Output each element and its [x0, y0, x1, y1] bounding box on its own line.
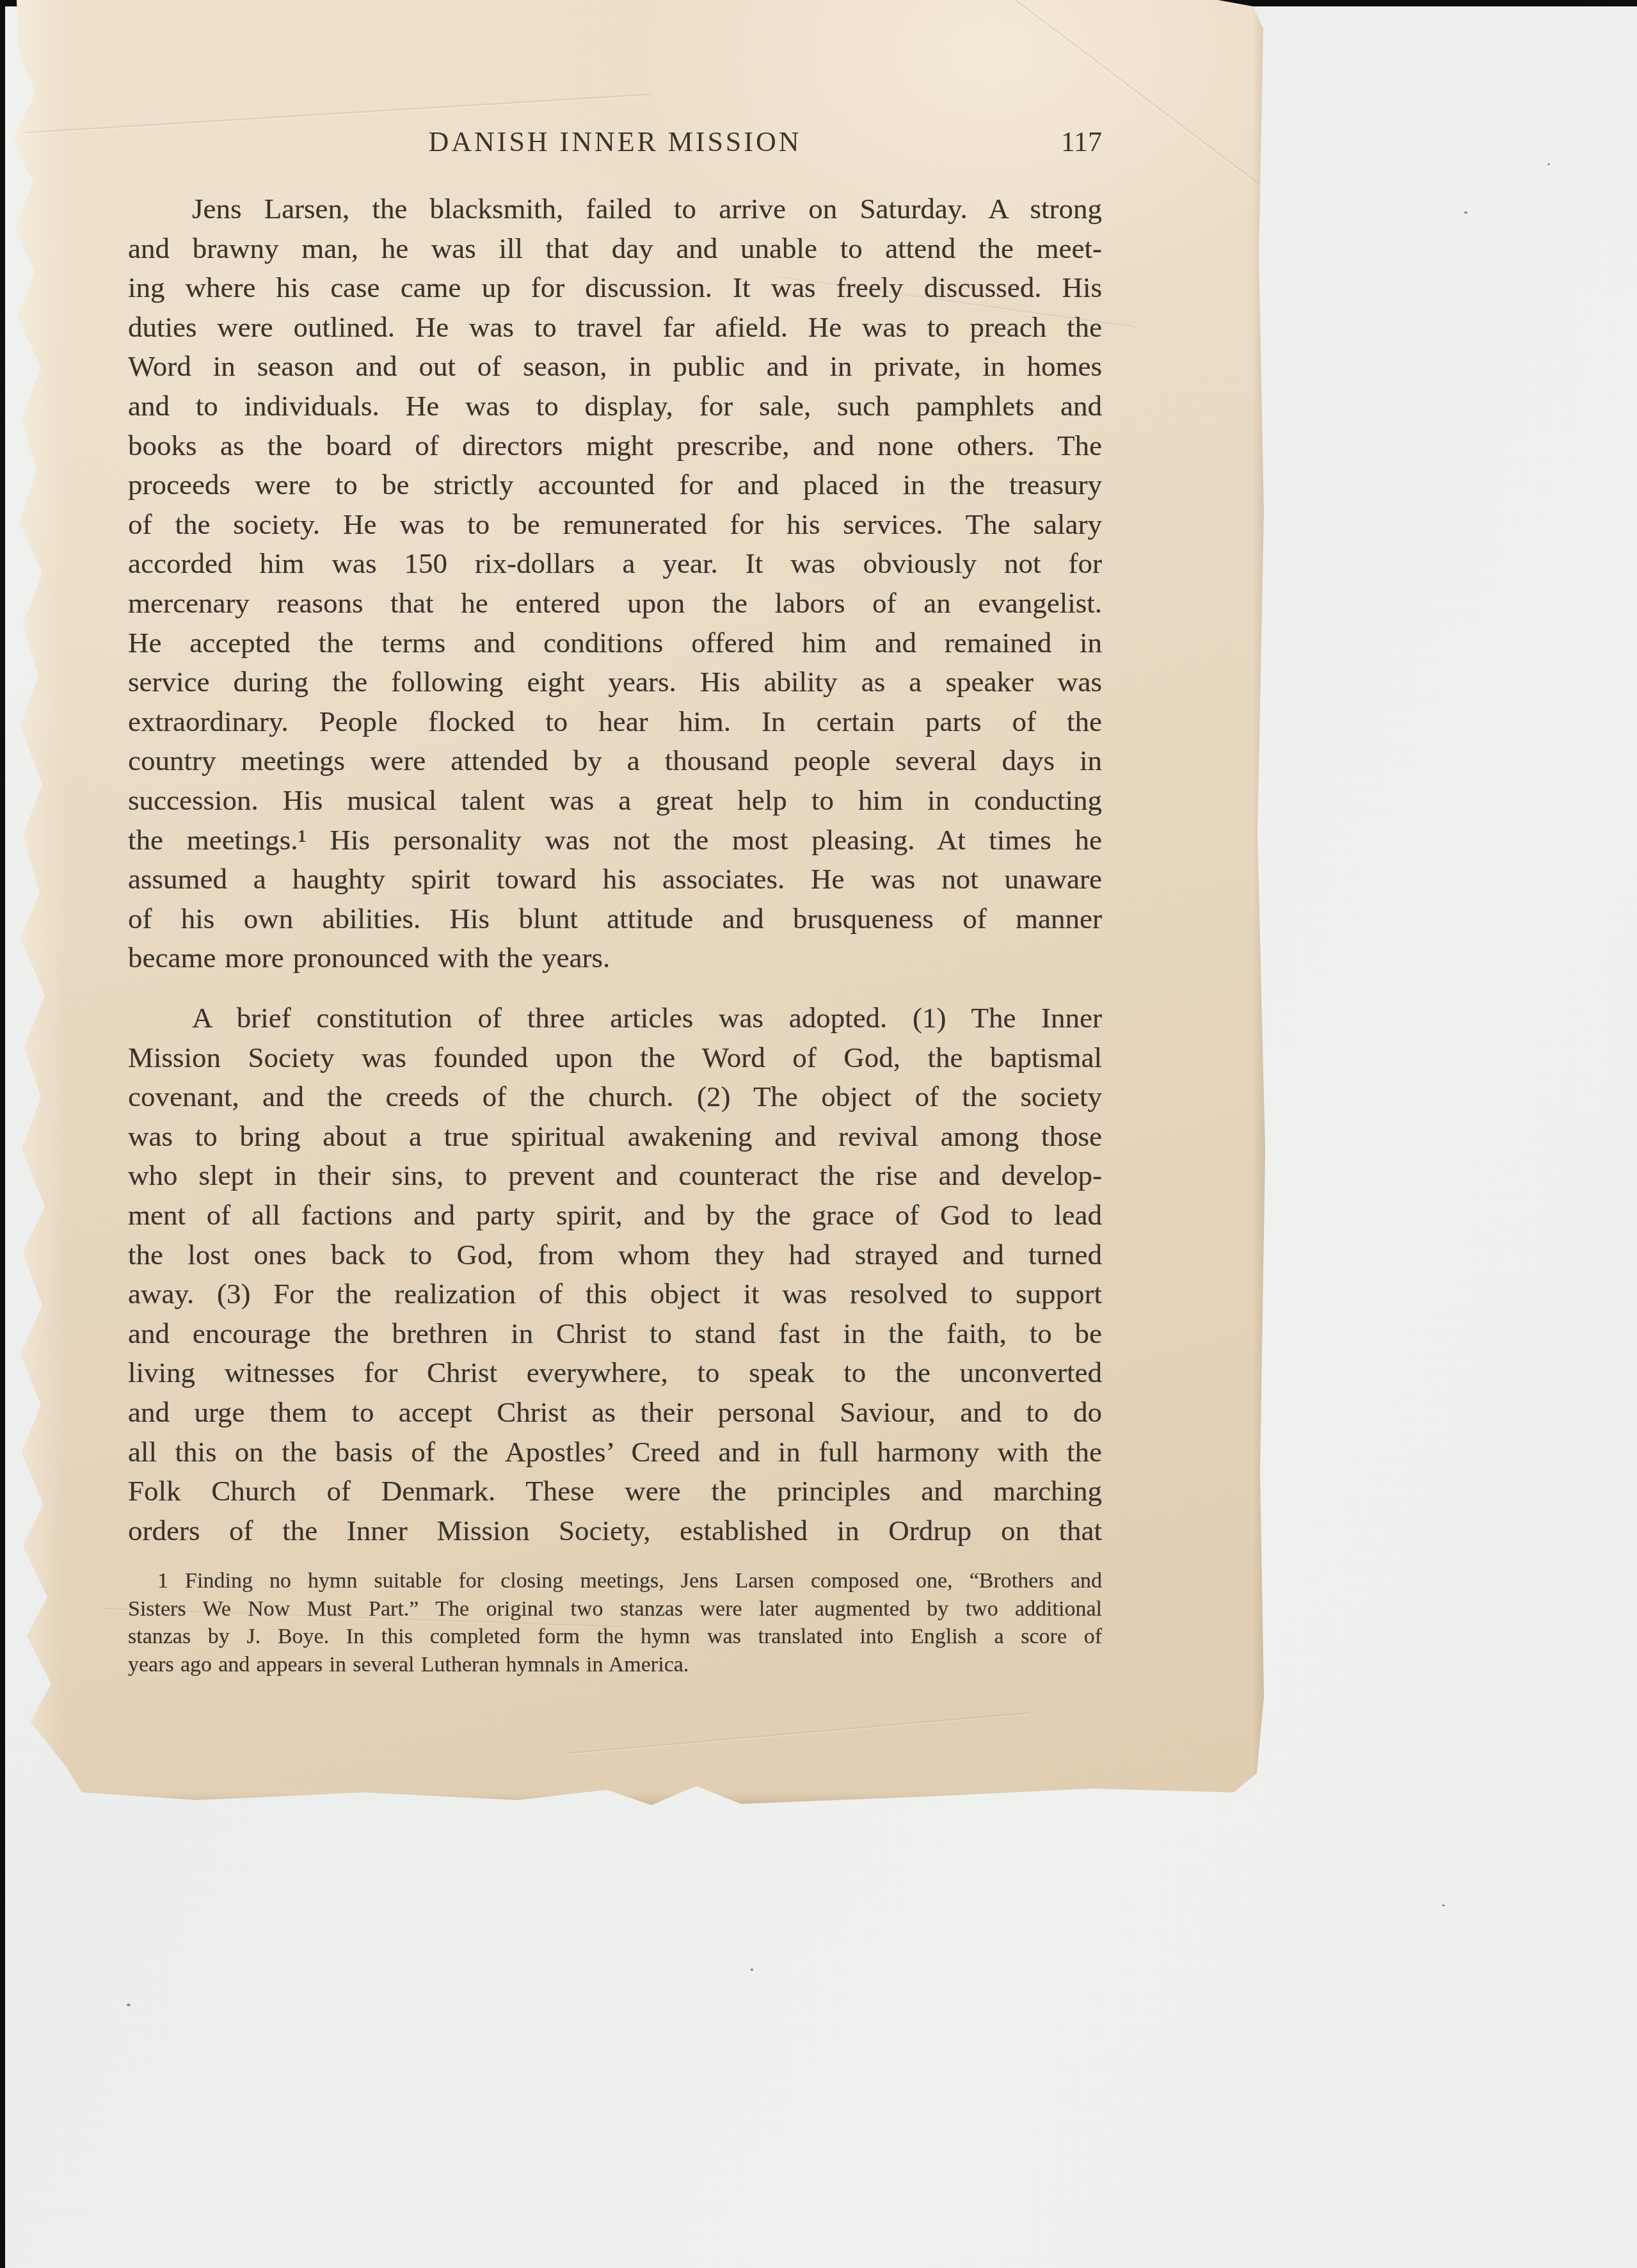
text-line: service during the following eight years…	[128, 663, 1102, 702]
page-number: 117	[1061, 125, 1102, 158]
text-line: living witnesses for Christ everywhere, …	[128, 1353, 1102, 1393]
text-line: ing where his case came up for discussio…	[128, 268, 1102, 308]
footnote: 1 Finding no hymn suitable for closing m…	[128, 1567, 1102, 1678]
text-line: and to individuals. He was to display, f…	[128, 387, 1102, 426]
text-line: orders of the Inner Mission Society, est…	[128, 1511, 1102, 1551]
text-line: all this on the basis of the Apostles’ C…	[128, 1433, 1102, 1472]
text-line: extraordinary. People flocked to hear hi…	[128, 702, 1102, 742]
paper-crease	[569, 1712, 1028, 1756]
text-line: and urge them to accept Christ as their …	[128, 1393, 1102, 1433]
footnote-line: stanzas by J. Boye. In this completed fo…	[128, 1623, 1102, 1651]
text-line: duties were outlined. He was to travel f…	[128, 308, 1102, 348]
text-line: Folk Church of Denmark. These were the p…	[128, 1472, 1102, 1511]
text-line: mercenary reasons that he entered upon t…	[128, 584, 1102, 623]
text-line: became more pronounced with the years.	[128, 938, 1102, 978]
dust-speck	[1547, 163, 1550, 165]
text-line: He accepted the terms and conditions off…	[128, 623, 1102, 663]
text-line: ment of all factions and party spirit, a…	[128, 1196, 1102, 1235]
text-line: Word in season and out of season, in pub…	[128, 347, 1102, 387]
text-line: the meetings.¹ His personality was not t…	[128, 821, 1102, 860]
text-line: succession. His musical talent was a gre…	[128, 781, 1102, 821]
text-line: of the society. He was to be remunerated…	[128, 505, 1102, 545]
text-line: and encourage the brethren in Christ to …	[128, 1314, 1102, 1354]
text-line: Mission Society was founded upon the Wor…	[128, 1038, 1102, 1078]
paper-crease	[959, 0, 1279, 200]
text-line: of his own abilities. His blunt attitude…	[128, 899, 1102, 939]
dust-speck	[751, 1968, 753, 1971]
text-line: the lost ones back to God, from whom the…	[128, 1235, 1102, 1275]
text-line: away. (3) For the realization of this ob…	[128, 1275, 1102, 1314]
paragraph-1: Jens Larsen, the blacksmith, failed to a…	[128, 189, 1102, 978]
scanned-book-page-image: DANISH INNER MISSION 117 Jens Larsen, th…	[0, 0, 1637, 2268]
dust-speck	[127, 2004, 131, 2006]
text-line: Jens Larsen, the blacksmith, failed to a…	[128, 189, 1102, 229]
text-line: country meetings were attended by a thou…	[128, 741, 1102, 781]
chapter-title: DANISH INNER MISSION	[128, 125, 1102, 158]
text-line: and brawny man, he was ill that day and …	[128, 229, 1102, 269]
running-head: DANISH INNER MISSION 117	[128, 125, 1102, 164]
text-line: accorded him was 150 rix-dollars a year.…	[128, 544, 1102, 584]
text-line: books as the board of directors might pr…	[128, 426, 1102, 466]
dust-speck	[1442, 1904, 1445, 1906]
footnote-line: Sisters We Now Must Part.” The original …	[128, 1595, 1102, 1623]
text-line: was to bring about a true spiritual awak…	[128, 1117, 1102, 1157]
text-line: A brief constitution of three articles w…	[128, 999, 1102, 1038]
text-line: assumed a haughty spirit toward his asso…	[128, 860, 1102, 899]
text-line: proceeds were to be strictly accounted f…	[128, 465, 1102, 505]
text-line: who slept in their sins, to prevent and …	[128, 1156, 1102, 1196]
footnote-line: years ago and appears in several Luthera…	[128, 1651, 1102, 1679]
paragraph-2: A brief constitution of three articles w…	[128, 999, 1102, 1550]
text-line: covenant, and the creeds of the church. …	[128, 1077, 1102, 1117]
footnote-line: 1 Finding no hymn suitable for closing m…	[128, 1567, 1102, 1595]
book-page: DANISH INNER MISSION 117 Jens Larsen, th…	[5, 0, 1271, 1806]
dust-speck	[1464, 211, 1467, 214]
